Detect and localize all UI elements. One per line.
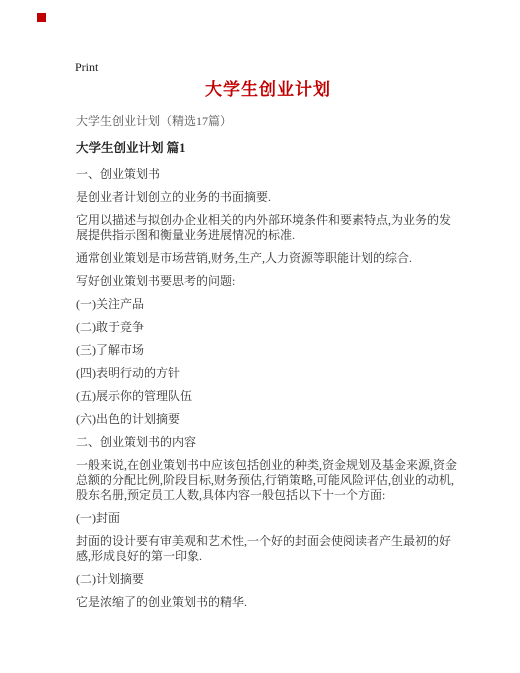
paragraph: 封面的设计要有审美观和艺术性,一个好的封面会使阅读者产生最初的好感,形成良好的第… xyxy=(76,534,460,564)
paragraph: 通常创业策划是市场营销,财务,生产,人力资源等职能计划的综合. xyxy=(76,251,460,266)
paragraph: (一)关注产品 xyxy=(76,297,460,312)
document-page: Print 大学生创业计划 大学生创业计划（精选17篇） 大学生创业计划 篇1 … xyxy=(0,0,520,673)
page-title: 大学生创业计划 xyxy=(76,80,460,100)
paragraph: 写好创业策划书要思考的问题: xyxy=(76,274,460,289)
paragraph: (一)封面 xyxy=(76,511,460,526)
paragraph: 二、创业策划书的内容 xyxy=(76,435,460,450)
paragraph: (四)表明行动的方针 xyxy=(76,366,460,381)
article-body: 一、创业策划书是创业者计划创立的业务的书面摘要.它用以描述与拟创办企业相关的内外… xyxy=(76,167,460,610)
paragraph: 一般来说,在创业策划书中应该包括创业的种类,资金规划及基金来源,资金总额的分配比… xyxy=(76,458,460,503)
paragraph: (二)计划摘要 xyxy=(76,572,460,587)
paragraph: 它用以描述与拟创办企业相关的内外部环境条件和要素特点,为业务的发展提供指示图和衡… xyxy=(76,213,460,243)
section-heading: 大学生创业计划 篇1 xyxy=(76,141,460,156)
red-square-logo-icon xyxy=(37,13,46,22)
article-subtitle: 大学生创业计划（精选17篇） xyxy=(76,114,460,128)
paragraph: 是创业者计划创立的业务的书面摘要. xyxy=(76,190,460,205)
paragraph: (二)敢于竞争 xyxy=(76,320,460,335)
paragraph: 一、创业策划书 xyxy=(76,167,460,182)
paragraph: (三)了解市场 xyxy=(76,343,460,358)
paragraph: (五)展示你的管理队伍 xyxy=(76,389,460,404)
paragraph: 它是浓缩了的创业策划书的精华. xyxy=(76,595,460,610)
article: 大学生创业计划 大学生创业计划（精选17篇） 大学生创业计划 篇1 一、创业策划… xyxy=(76,80,460,618)
print-link[interactable]: Print xyxy=(75,60,98,74)
paragraph: (六)出色的计划摘要 xyxy=(76,412,460,427)
